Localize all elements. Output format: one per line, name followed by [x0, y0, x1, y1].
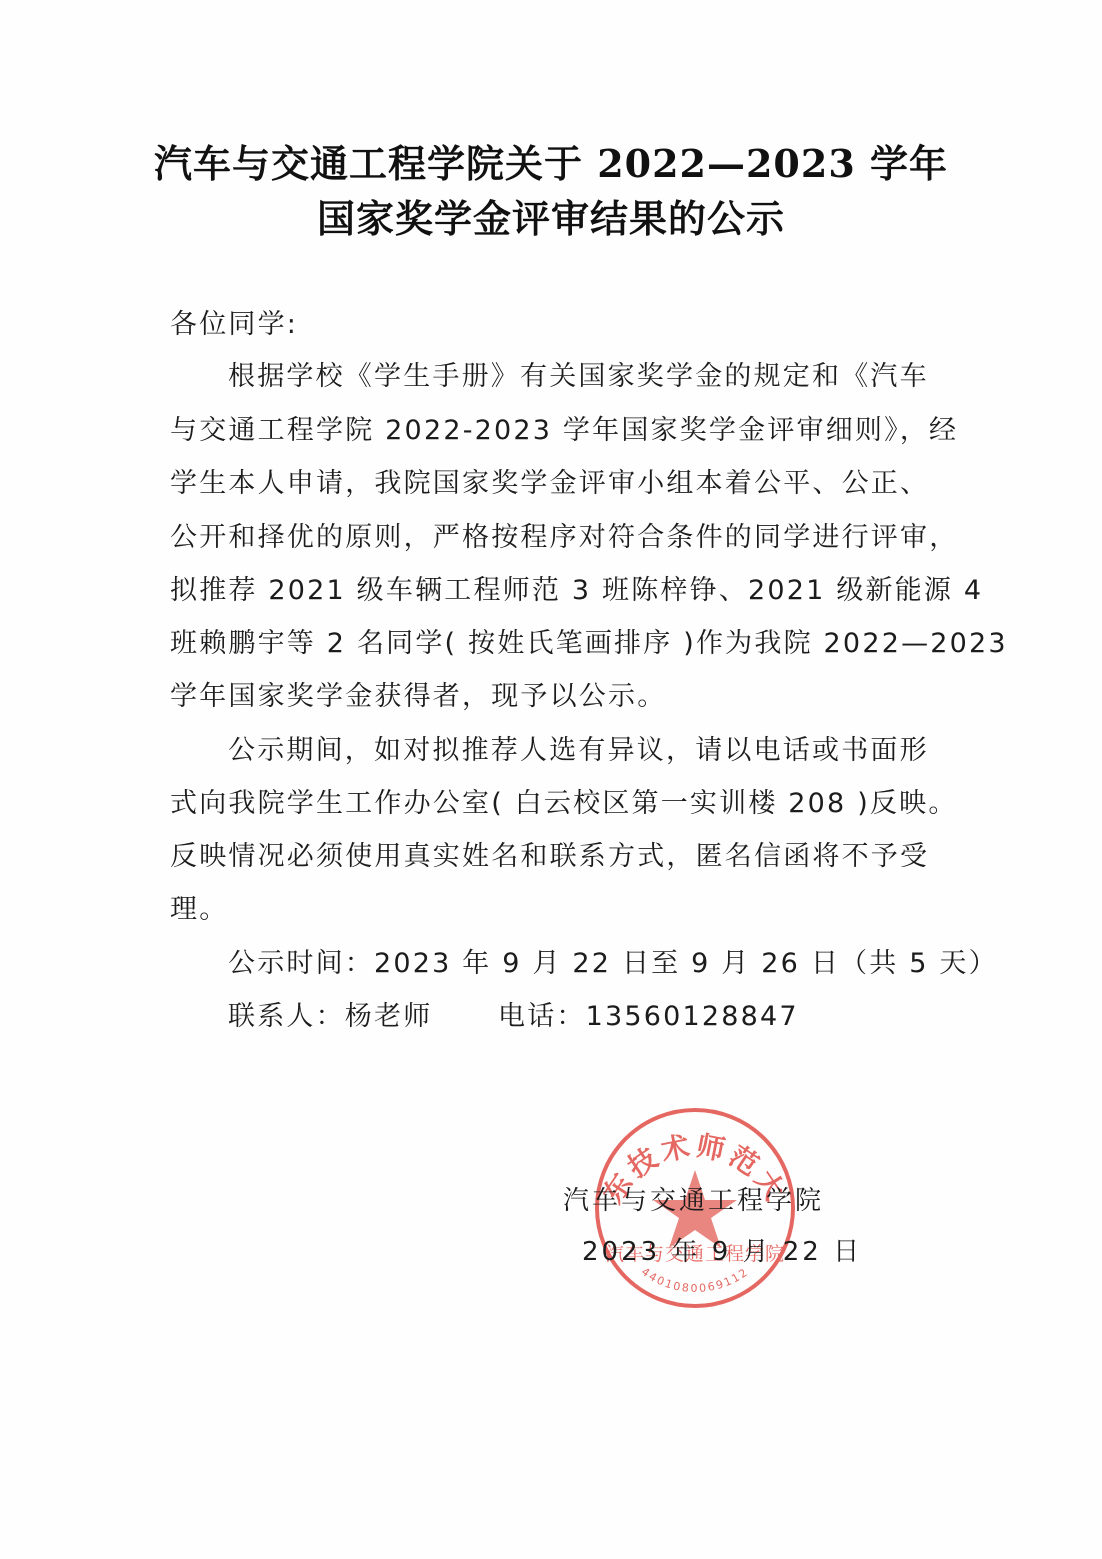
body-line: 根据学校《学生手册》有关国家奖学金的规定和《汽车 — [228, 354, 998, 393]
body-line: 理。 — [170, 887, 940, 926]
body-line: 拟推荐 2021 级车辆工程师范 3 班陈梓铮、2021 级新能源 4 — [170, 568, 940, 607]
body-line: 学年国家奖学金获得者，现予以公示。 — [170, 674, 940, 713]
contact-phone: 电话：13560128847 — [498, 1001, 799, 1032]
publicity-period: 公示时间：2023 年 9 月 22 日至 9 月 26 日（共 5 天） — [228, 941, 998, 980]
signature-date: 2023 年 9 月 22 日 — [582, 1231, 862, 1268]
body-line: 反映情况必须使用真实姓名和联系方式，匿名信函将不予受 — [170, 834, 940, 873]
body-line: 与交通工程学院 2022-2023 学年国家奖学金评审细则》，经 — [170, 408, 940, 447]
body-line: 班赖鹏宇等 2 名同学( 按姓氏笔画排序 )作为我院 2022—2023 — [170, 621, 940, 660]
contact-line: 联系人：杨老师 电话：13560128847 — [228, 994, 998, 1033]
contact-person: 联系人：杨老师 — [228, 1001, 432, 1032]
document-page: 汽车与交通工程学院关于 2022—2023 学年 国家奖学金评审结果的公示 各位… — [0, 0, 1102, 1559]
body-line: 公示期间，如对拟推荐人选有异议，请以电话或书面形 — [228, 728, 998, 767]
body-line: 公开和择优的原则，严格按程序对符合条件的同学进行评审， — [170, 515, 940, 554]
svg-text:4401080069112: 4401080069112 — [639, 1265, 751, 1295]
document-title-line-2: 国家奖学金评审结果的公示 — [0, 188, 1102, 243]
salutation: 各位同学: — [170, 302, 940, 341]
signature-organization: 汽车与交通工程学院 — [563, 1180, 824, 1217]
body-line: 学生本人申请，我院国家奖学金评审小组本着公平、公正、 — [170, 461, 940, 500]
body-line: 式向我院学生工作办公室( 白云校区第一实训楼 208 )反映。 — [170, 781, 940, 820]
document-title-line-1: 汽车与交通工程学院关于 2022—2023 学年 — [0, 133, 1102, 188]
